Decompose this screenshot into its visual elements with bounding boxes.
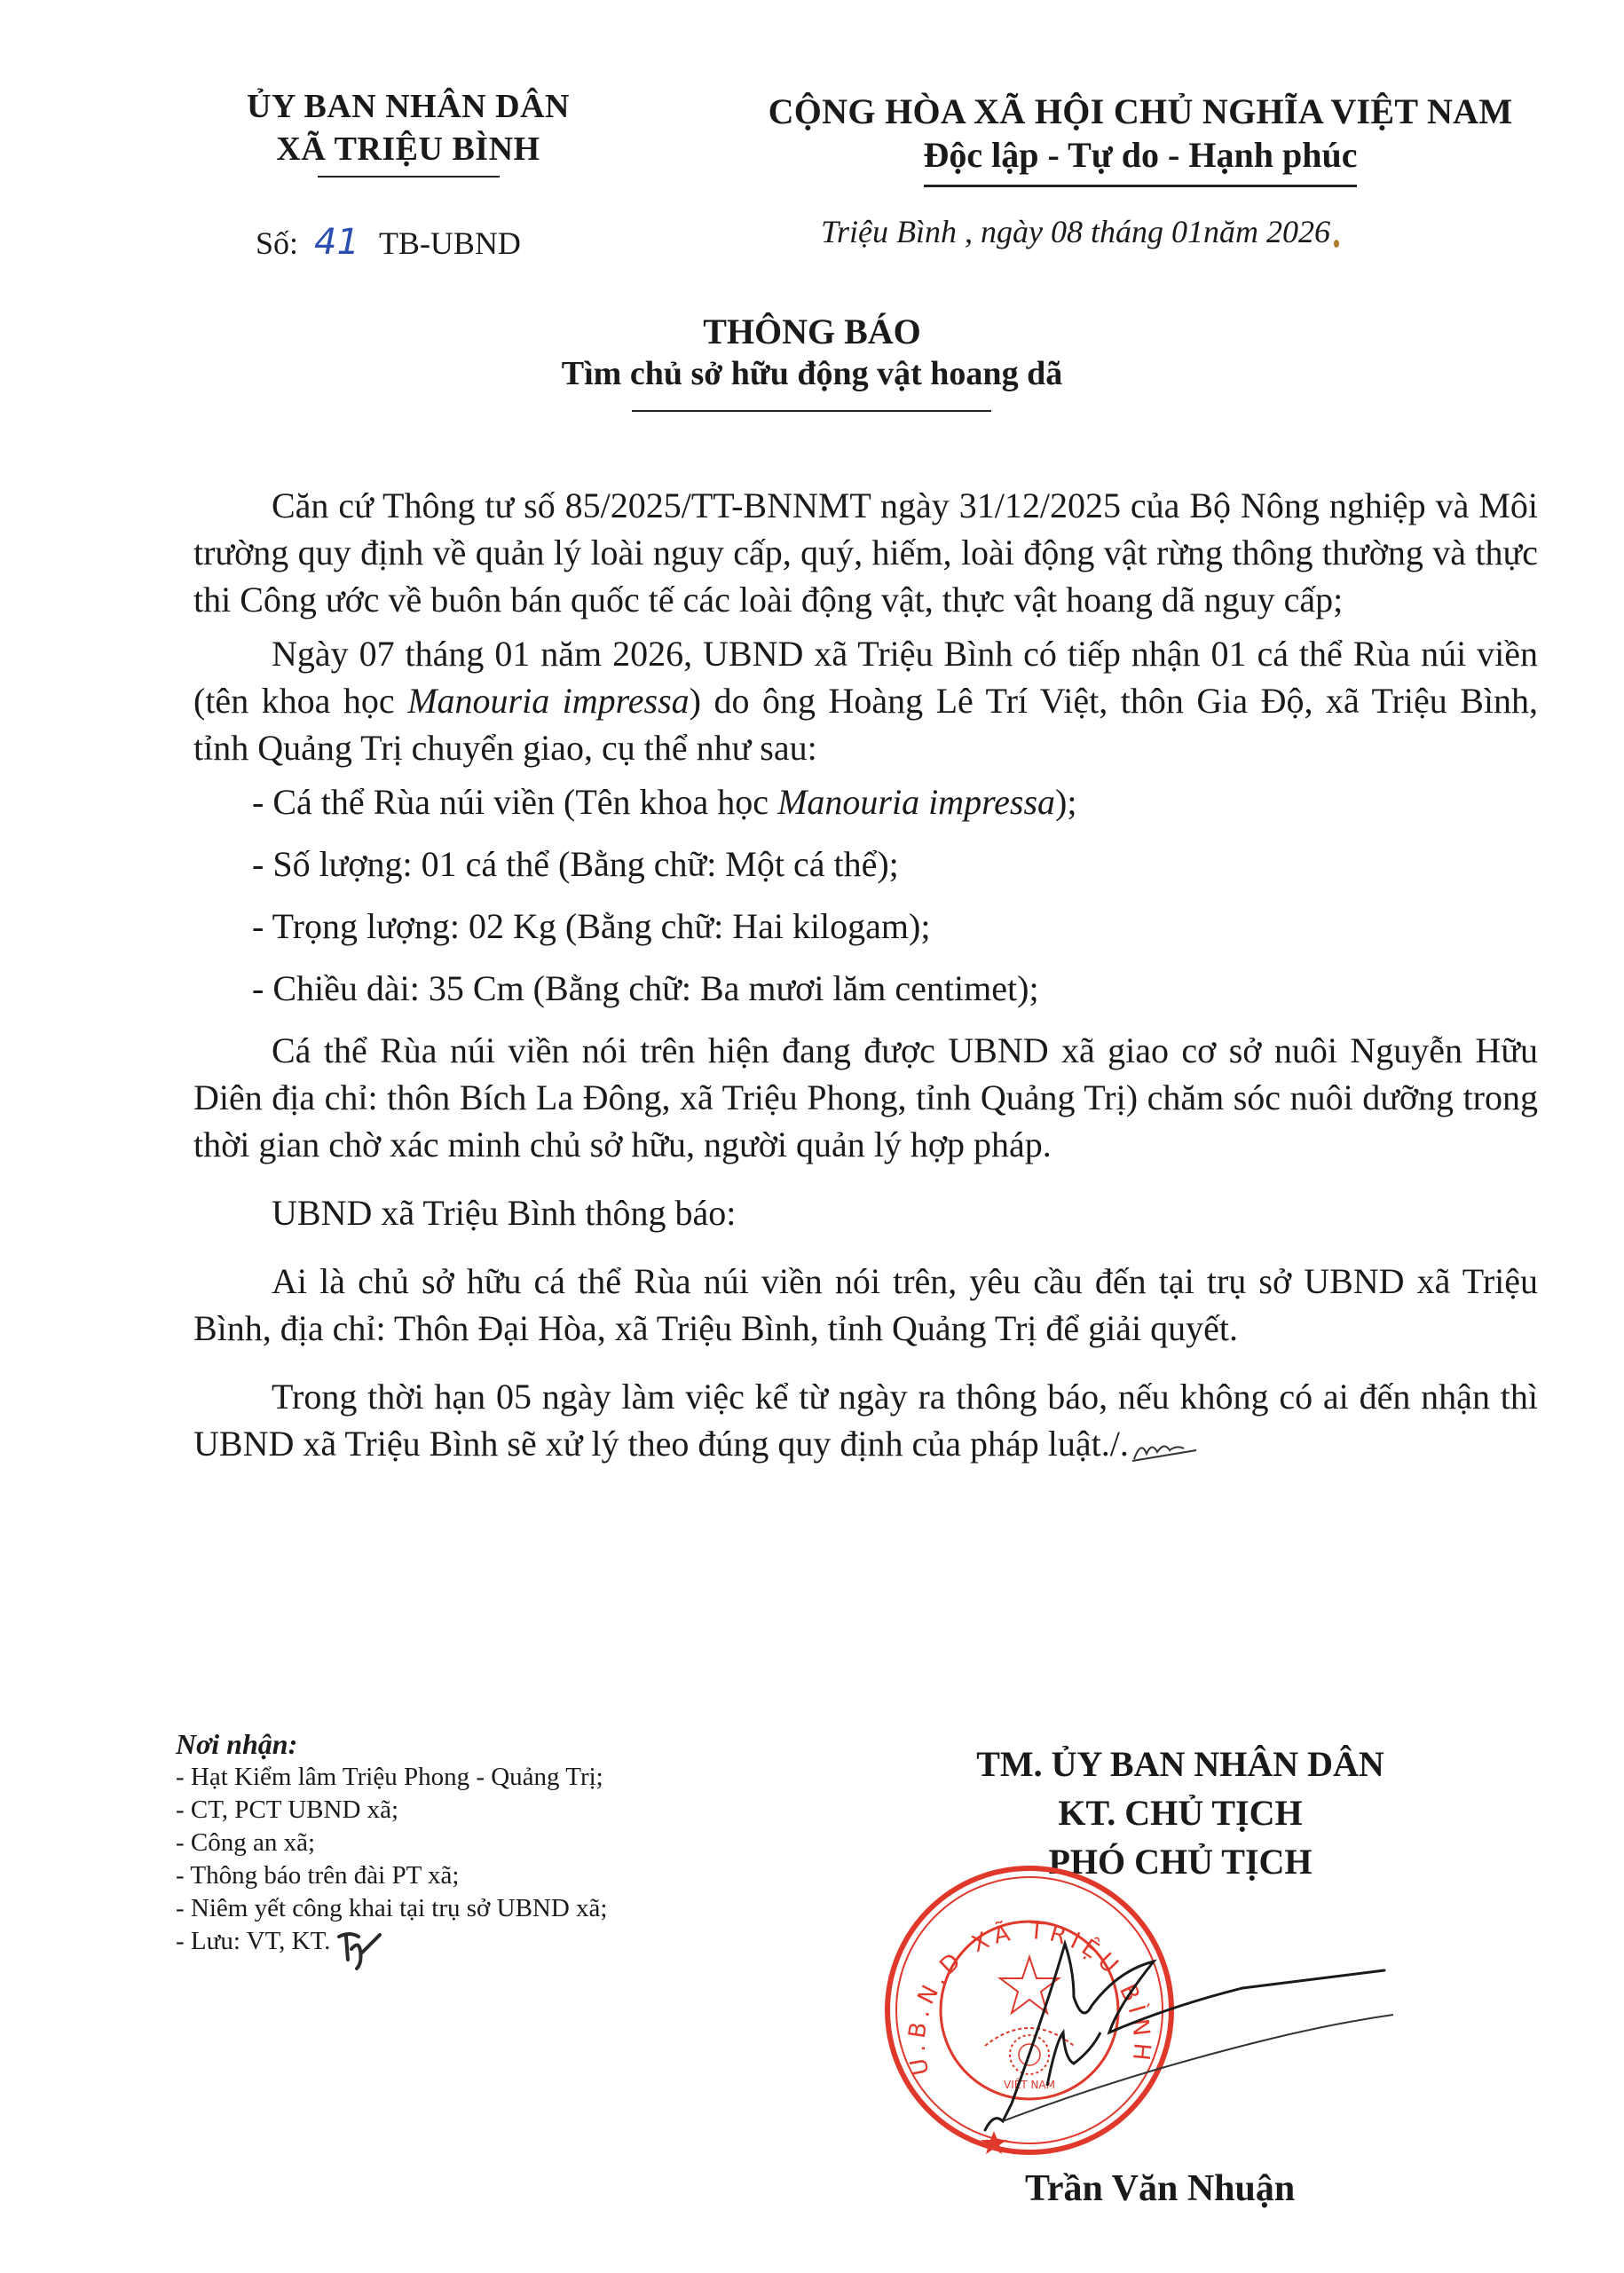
sign-line-2: KT. CHỦ TỊCH xyxy=(896,1788,1464,1837)
national-motto: Độc lập - Tự do - Hạnh phúc xyxy=(924,133,1358,187)
item-quantity: - Số lượng: 01 cá thể (Bằng chữ: Một cá … xyxy=(193,841,1538,888)
doc-type: THÔNG BÁO xyxy=(0,311,1624,353)
issuing-agency: ỦY BAN NHÂN DÂN XÃ TRIỆU BÌNH xyxy=(177,85,639,178)
custody-paragraph: Cá thể Rùa núi viền nói trên hiện đang đ… xyxy=(193,1027,1538,1168)
owner-request-paragraph: Ai là chủ sở hữu cá thể Rùa núi viền nói… xyxy=(193,1258,1538,1352)
title-underline xyxy=(632,410,991,412)
initials-icon xyxy=(334,1928,396,1972)
ink-mark xyxy=(1334,240,1339,248)
deadline-paragraph: Trong thời hạn 05 ngày làm việc kể từ ng… xyxy=(193,1373,1538,1467)
recipients-label: Nơi nhận: xyxy=(176,1728,797,1761)
doc-number-handwritten: 41 xyxy=(314,222,359,263)
item-species: - Cá thể Rùa núi viền (Tên khoa học Mano… xyxy=(193,778,1538,825)
recipients-list: Nơi nhận: - Hạt Kiểm lâm Triệu Phong - Q… xyxy=(176,1728,797,1972)
national-heading: CỘNG HÒA XÃ HỘI CHỦ NGHĨA VIỆT NAM Độc l… xyxy=(701,91,1580,187)
item-weight: - Trọng lượng: 02 Kg (Bằng chữ: Hai kilo… xyxy=(193,903,1538,950)
legal-basis-paragraph: Căn cứ Thông tư số 85/2025/TT-BNNMT ngày… xyxy=(193,482,1538,623)
agency-line-1: ỦY BAN NHÂN DÂN xyxy=(177,85,639,128)
agency-line-2: XÃ TRIỆU BÌNH xyxy=(177,128,639,170)
document-body: Căn cứ Thông tư số 85/2025/TT-BNNMT ngày… xyxy=(193,482,1538,1474)
signer-name: Trần Văn Nhuận xyxy=(1025,2167,1295,2210)
document-title: THÔNG BÁO Tìm chủ sở hữu động vật hoang … xyxy=(0,311,1624,394)
recipient-item: - Lưu: VT, KT. xyxy=(176,1925,797,1972)
receipt-paragraph: Ngày 07 tháng 01 năm 2026, UBND xã Triệu… xyxy=(193,630,1538,771)
nation-name: CỘNG HÒA XÃ HỘI CHỦ NGHĨA VIỆT NAM xyxy=(701,91,1580,133)
item-length: - Chiều dài: 35 Cm (Bằng chữ: Ba mươi lă… xyxy=(193,965,1538,1012)
recipient-item: - Công an xã; xyxy=(176,1827,797,1859)
doc-subject: Tìm chủ sở hữu động vật hoang dã xyxy=(562,353,1062,394)
place-date-text: Triệu Bình , ngày 08 tháng 01năm 2026 xyxy=(821,214,1330,249)
paraph-icon xyxy=(1129,1436,1200,1463)
recipient-item: - Hạt Kiểm lâm Triệu Phong - Quảng Trị; xyxy=(176,1761,797,1794)
doc-number-suffix: TB-UBND xyxy=(379,225,521,261)
sign-line-1: TM. ỦY BAN NHÂN DÂN xyxy=(896,1740,1464,1788)
species-name: Manouria impressa xyxy=(777,782,1055,822)
recipient-item: - Thông báo trên đài PT xã; xyxy=(176,1859,797,1892)
recipient-item: - CT, PCT UBND xã; xyxy=(176,1794,797,1827)
handwritten-signature-icon xyxy=(941,1908,1402,2174)
place-date: Triệu Bình , ngày 08 tháng 01năm 2026 xyxy=(821,213,1339,250)
recipient-item: - Niêm yết công khai tại trụ sở UBND xã; xyxy=(176,1892,797,1925)
document-number: Số:41TB-UBND xyxy=(256,222,521,263)
announcement-intro: UBND xã Triệu Bình thông báo: xyxy=(193,1189,1538,1236)
agency-underline xyxy=(318,176,500,178)
species-name: Manouria impressa xyxy=(407,681,689,721)
doc-number-prefix: Số: xyxy=(256,225,298,261)
